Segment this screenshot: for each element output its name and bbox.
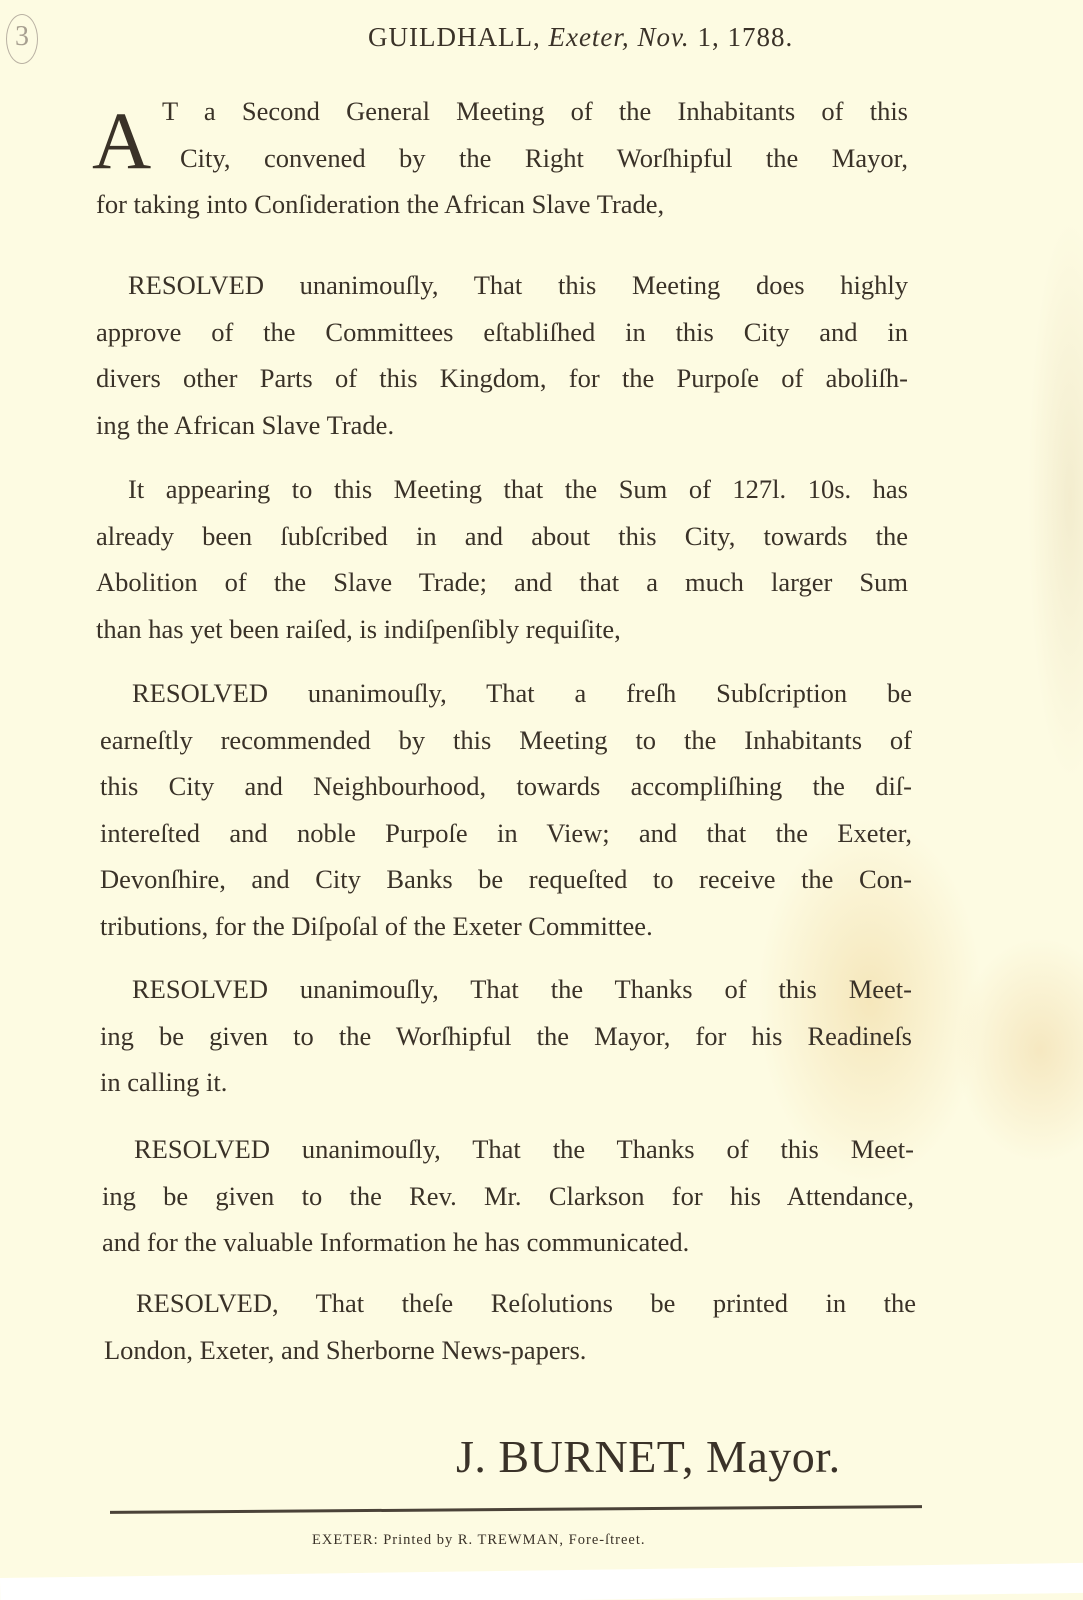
text-line: tributions, for the Diſpoſal of the Exet… [100, 903, 912, 950]
text-line: already been ſubſcribed in and about thi… [96, 513, 908, 560]
header-city: Exeter, [548, 22, 629, 52]
text-line: It appearing to this Meeting that the Su… [96, 466, 908, 513]
text-line: in calling it. [100, 1059, 912, 1106]
resolution-paragraph-1: RESOLVED unanimouſly, That this Meeting … [96, 262, 908, 448]
resolution-paragraph-3: RESOLVED unanimouſly, That the Thanks of… [100, 966, 912, 1106]
text-line: earneſtly recommended by this Meeting to… [100, 717, 912, 764]
text-line: ing be given to the Worſhipful the Mayor… [100, 1013, 912, 1060]
handwritten-page-number: 3 [6, 14, 38, 64]
resolution-paragraph-5: RESOLVED, That theſe Reſolutions be prin… [104, 1280, 916, 1373]
text-line: RESOLVED unanimouſly, That a freſh Subſc… [100, 670, 912, 717]
text-line: London, Exeter, and Sherborne News-paper… [104, 1327, 916, 1374]
text-line: than has yet been raiſed, is indiſpenſib… [96, 606, 908, 653]
text-line: and for the valuable Information he has … [102, 1219, 914, 1266]
text-line: RESOLVED unanimouſly, That the Thanks of… [102, 1126, 914, 1173]
mayor-signature: J. BURNET, Mayor. [456, 1430, 841, 1483]
text-line: T a Second General Meeting of the Inhabi… [96, 88, 908, 135]
text-line: Devonſhire, and City Banks be requeſted … [100, 856, 912, 903]
header-month: Nov. [637, 22, 689, 52]
resolution-paragraph-2: RESOLVED unanimouſly, That a freſh Subſc… [100, 670, 912, 949]
text-line: intereſted and noble Purpoſe in View; an… [100, 810, 912, 857]
printer-imprint: EXETER: Printed by R. TREWMAN, Fore-ſtre… [312, 1532, 646, 1549]
text-line: RESOLVED unanimouſly, That this Meeting … [96, 262, 908, 309]
text-line: ing be given to the Rev. Mr. Clarkson fo… [102, 1173, 914, 1220]
text-line: approve of the Committees eſtabliſhed in… [96, 309, 908, 356]
text-line: RESOLVED unanimouſly, That the Thanks of… [100, 966, 912, 1013]
text-line: RESOLVED, That theſe Reſolutions be prin… [104, 1280, 916, 1327]
document-header: GUILDHALL, Exeter, Nov. 1, 1788. [368, 22, 793, 53]
resolution-paragraph-4: RESOLVED unanimouſly, That the Thanks of… [102, 1126, 914, 1266]
text-line: for taking into Conſideration the Africa… [96, 181, 908, 228]
text-line: ing the African Slave Trade. [96, 402, 908, 449]
text-line: this City and Neighbourhood, towards acc… [100, 763, 912, 810]
subscription-paragraph: It appearing to this Meeting that the Su… [96, 466, 908, 652]
intro-paragraph: T a Second General Meeting of the Inhabi… [96, 88, 908, 228]
header-date: 1, 1788. [697, 22, 793, 52]
text-line: Abolition of the Slave Trade; and that a… [96, 559, 908, 606]
text-line: City, convened by the Right Worſhipful t… [96, 135, 908, 182]
text-line: divers other Parts of this Kingdom, for … [96, 355, 908, 402]
header-place: GUILDHALL, [368, 22, 541, 52]
